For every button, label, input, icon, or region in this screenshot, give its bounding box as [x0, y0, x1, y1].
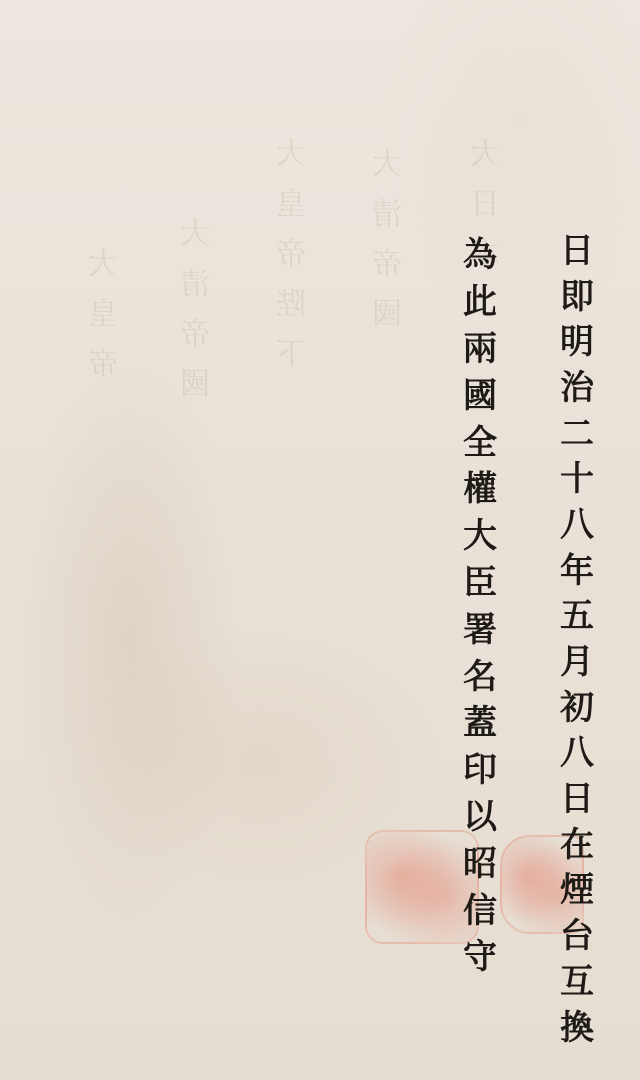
text-column-attestation: 為 此 兩 國 全 權 大 臣 署 名 蓋 印 以 昭 信 守 [463, 232, 497, 981]
document-page: 大 日 本 大 清 帝 國 大 皇 帝 陛 下 大 清 帝 國 大 皇 帝 日 … [0, 0, 640, 1080]
red-seal-impression [365, 830, 479, 944]
bleed-through-text: 大 皇 帝 陛 下 [276, 140, 306, 390]
text-column-date: 日 即 明 治 二 十 八 年 五 月 初 八 日 在 煙 台 互 換 [560, 228, 594, 1050]
bleed-through-text: 大 清 帝 國 [372, 150, 402, 350]
bleed-through-text: 大 皇 帝 [88, 250, 118, 400]
bleed-through-text: 大 清 帝 國 [180, 220, 210, 420]
